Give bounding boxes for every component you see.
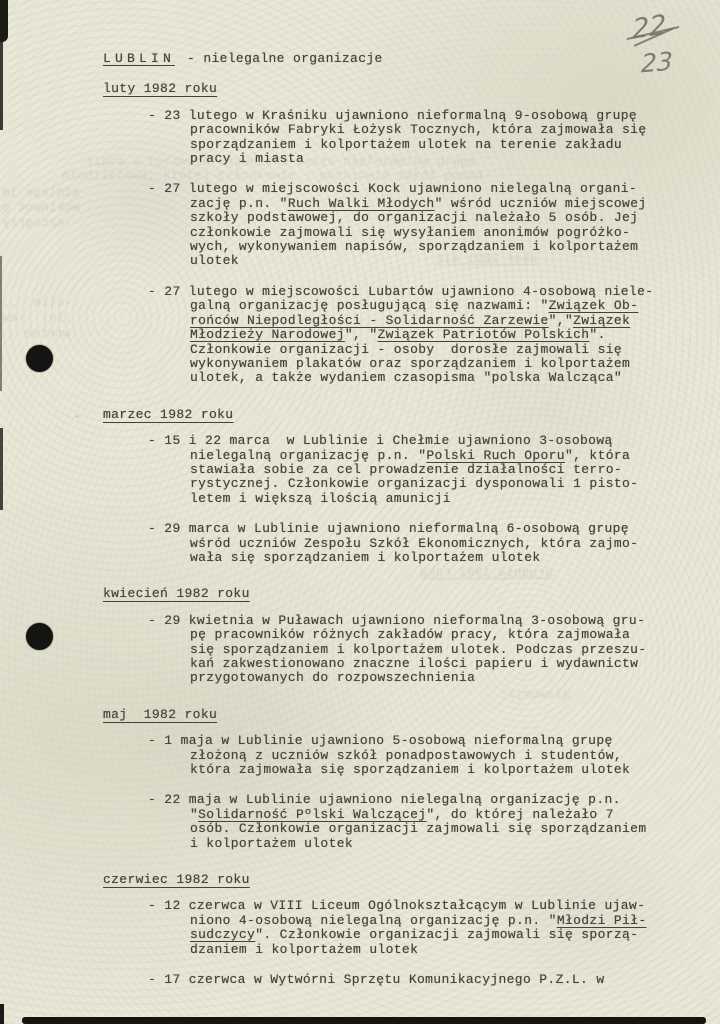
scanned-document-page: lipca w Lurawach ujawniono także nieform… — [0, 0, 720, 1024]
entry-line: pracowników Fabryki Łożysk Tocznych, któ… — [190, 123, 700, 137]
entry-line: - 1 maja w Lublinie ujawniono 5-osobową … — [148, 734, 700, 748]
entry-line: członkowie zajmowali się wysyłaniem anon… — [190, 226, 700, 240]
entry: - 12 czerwca w VIII Liceum Ogólnokształc… — [148, 899, 700, 957]
entry-line: galną organizację posługującą się nazwam… — [190, 299, 700, 313]
entry-line: złożoną z uczniów szkół ponadpostawowych… — [190, 749, 700, 763]
entry-line: niono 4-osobową nielegalną organizację p… — [190, 914, 700, 928]
entry-line: i kolportażem ulotek — [190, 837, 700, 851]
entry: - 29 marca w Lublinie ujawniono nieforma… — [148, 522, 700, 565]
section-heading: marzec 1982 roku — [103, 408, 700, 422]
entry-line: - 12 czerwca w VIII Liceum Ogólnokształc… — [148, 899, 700, 913]
document-subtitle: - nielegalne organizacje — [187, 51, 383, 66]
entry: - 27 lutego w miejscowości Kock ujawnion… — [148, 182, 700, 268]
entry-line: rońców Niepodległości - Solidarność Zarz… — [190, 314, 700, 328]
entry-line: - 29 marca w Lublinie ujawniono nieforma… — [148, 522, 700, 536]
entry-line: - 22 maja w Lublinie ujawniono nielegaln… — [148, 793, 700, 807]
section-heading-text: czerwiec 1982 roku — [103, 872, 250, 887]
entry-line: pracy i miasta — [190, 152, 700, 166]
entry-line: - 27 lutego w miejscowości Kock ujawnion… — [148, 182, 700, 196]
entry-line: ulotek, a także wydaniem czasopisma "pol… — [190, 371, 700, 385]
entry: - 17 czerwca w Wytwórni Sprzętu Komunika… — [148, 973, 700, 987]
entry-line: "Solidarność Pºlski Walczącej", do które… — [190, 808, 700, 822]
section-heading-text: maj 1982 roku — [103, 707, 217, 722]
entry-line: szkoły podstawowej, do organizacji należ… — [190, 211, 700, 225]
document-title-row: LUBLIN- nielegalne organizacje — [103, 52, 700, 66]
entry-line: ulotek — [190, 254, 700, 268]
hole-punch-top — [26, 345, 53, 372]
typewritten-content: LUBLIN- nielegalne organizacje luty 1982… — [0, 0, 720, 988]
entry-line: - 29 kwietnia w Puławach ujawniono niefo… — [148, 614, 700, 628]
scan-edge-shadow — [22, 1017, 706, 1024]
entry-line: przygotowanych do rozpowszechnienia — [190, 671, 700, 685]
scan-edge-shadow — [0, 1004, 4, 1024]
entry-line: wśród uczniów Zespołu Szkół Ekonomicznyc… — [190, 537, 700, 551]
section-heading: maj 1982 roku — [103, 708, 700, 722]
entry-line: która zajmowała się sporządzaniem i kolp… — [190, 763, 700, 777]
entry: - 29 kwietnia w Puławach ujawniono niefo… — [148, 614, 700, 686]
section-heading-text: kwiecień 1982 roku — [103, 586, 250, 601]
entry-line: Członkowie organizacji - osoby dorosłe z… — [190, 343, 700, 357]
entry-line: wykonywaniem plakatów oraz sporządzaniem… — [190, 357, 700, 371]
entry-line: wała się sporządzaniem i kolportażem ulo… — [190, 551, 700, 565]
scan-edge-shadow — [0, 428, 3, 510]
entry-line: - 27 lutego w miejscowości Lubartów ujaw… — [148, 285, 700, 299]
section-heading: czerwiec 1982 roku — [103, 873, 700, 887]
entry: - 15 i 22 marca w Lublinie i Chełmie uja… — [148, 434, 700, 506]
entry: - 22 maja w Lublinie ujawniono nielegaln… — [148, 793, 700, 851]
entry-line: rystycznej. Członkowie organizacji dyspo… — [190, 477, 700, 491]
entry-line: się sporządzaniem i kolportażem ulotek. … — [190, 643, 700, 657]
scan-edge-shadow — [0, 0, 3, 130]
section-heading-text: luty 1982 roku — [103, 81, 217, 96]
entry: - 1 maja w Lublinie ujawniono 5-osobową … — [148, 734, 700, 777]
section-heading: kwiecień 1982 roku — [103, 587, 700, 601]
entry-line: Młodzieży Narodowej", "Związek Patriotów… — [190, 328, 700, 342]
entry-line: - 17 czerwca w Wytwórni Sprzętu Komunika… — [148, 973, 700, 987]
entry-line: sudczycy". Członkowie organizacji zajmow… — [190, 928, 700, 942]
document-body: luty 1982 roku- 23 lutego w Kraśniku uja… — [103, 82, 700, 987]
entry: - 27 lutego w miejscowości Lubartów ujaw… — [148, 285, 700, 386]
section-heading-text: marzec 1982 roku — [103, 407, 233, 422]
entry-line: pę pracowników różnych zakładów pracy, k… — [190, 628, 700, 642]
entry-line: letem i większą ilością amunicji — [190, 492, 700, 506]
entry-line: osób. Członkowie organizacji zajmowali s… — [190, 822, 700, 836]
handwritten-page-number: 23 — [641, 47, 673, 79]
document-title: LUBLIN — [103, 51, 175, 66]
hole-punch-bottom — [26, 623, 53, 650]
entry-line: - 23 lutego w Kraśniku ujawniono nieform… — [148, 109, 700, 123]
entry-line: stawiała sobie za cel prowadzenie działa… — [190, 463, 700, 477]
entry-line: wych, wykonywaniem napisów, sporządzanie… — [190, 240, 700, 254]
entry: - 23 lutego w Kraśniku ujawniono nieform… — [148, 109, 700, 167]
entry-line: zację p.n. "Ruch Walki Młodych" wśród uc… — [190, 197, 700, 211]
entry-line: - 15 i 22 marca w Lublinie i Chełmie uja… — [148, 434, 700, 448]
entry-line: dzaniem i kolportażem ulotek — [190, 943, 700, 957]
section-heading: luty 1982 roku — [103, 82, 700, 96]
scan-edge-shadow — [0, 256, 2, 391]
entry-line: kań zakwestionowano znaczne ilości papie… — [190, 657, 700, 671]
handwritten-page-number-crossed: 22 — [632, 9, 666, 46]
entry-line: sporządzaniem i kolportażem ulotek na te… — [190, 138, 700, 152]
entry-line: nielegalną organizację p.n. "Polski Ruch… — [190, 449, 700, 463]
